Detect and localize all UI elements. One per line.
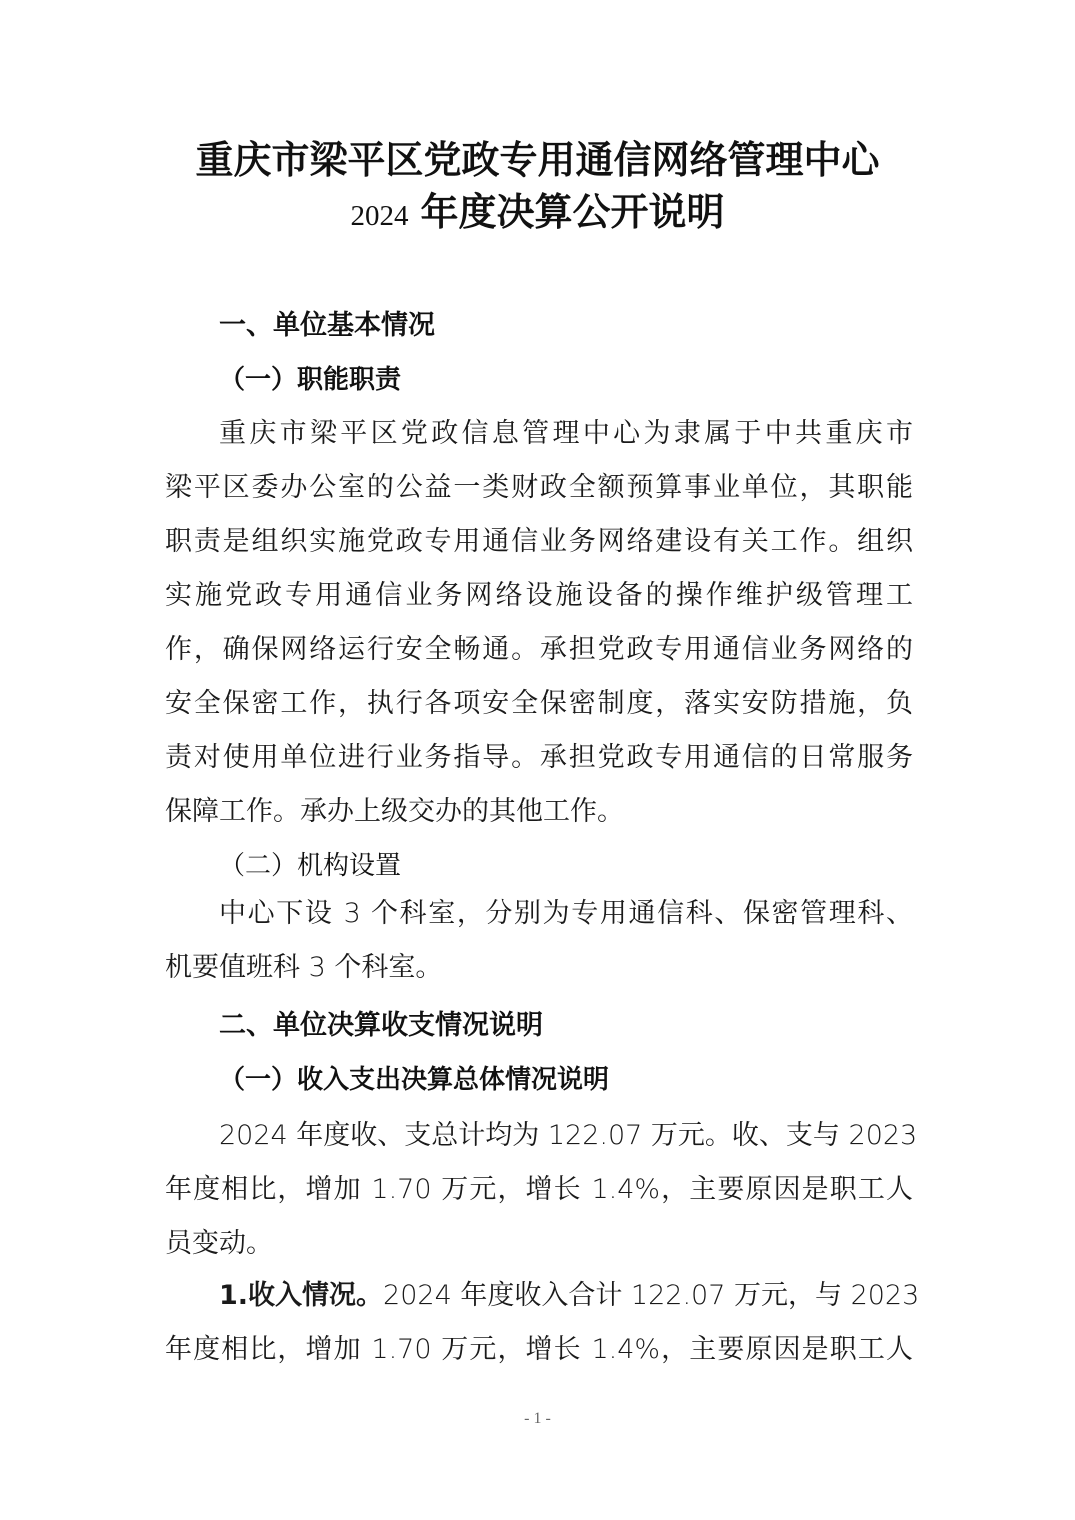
paragraph-line: 机要值班科 3 个科室。 <box>165 950 913 986</box>
paragraph-line: 实施党政专用通信业务网络设施设备的操作维护级管理工 <box>165 578 913 614</box>
document-title-line2: 2024 年度决算公开说明 <box>0 186 1075 242</box>
subsection-heading-organization: （二）机构设置 <box>219 848 401 884</box>
title-year: 2024 <box>350 200 408 232</box>
page-number: - 1 - <box>0 1410 1075 1428</box>
paragraph-line: 责对使用单位进行业务指导。承担党政专用通信的日常服务 <box>165 740 913 776</box>
paragraph-line: 中心下设 3 个科室，分别为专用通信科、保密管理科、 <box>219 896 913 932</box>
subsection-heading-functions: （一）职能职责 <box>219 362 401 398</box>
paragraph-line: 2024 年度收、支总计均为 122.07 万元。收、支与 2023 <box>219 1118 913 1154</box>
paragraph-line: 员变动。 <box>165 1226 913 1262</box>
paragraph-line: 保障工作。承办上级交办的其他工作。 <box>165 794 913 830</box>
income-label: 1.收入情况。 <box>219 1280 383 1311</box>
title-suffix: 年度决算公开说明 <box>421 189 725 234</box>
paragraph-line: 年度相比，增加 1.70 万元，增长 1.4%，主要原因是职工人 <box>165 1332 913 1368</box>
section-heading-final-accounts: 二、单位决算收支情况说明 <box>219 1008 543 1044</box>
paragraph-line: 安全保密工作，执行各项安全保密制度，落实安防措施，负 <box>165 686 913 722</box>
document-page: 重庆市梁平区党政专用通信网络管理中心 2024 年度决算公开说明 一、单位基本情… <box>0 0 1075 1520</box>
section-heading-basic-info: 一、单位基本情况 <box>219 308 435 344</box>
subsection-heading-overall: （一）收入支出决算总体情况说明 <box>219 1062 609 1098</box>
paragraph-line: 梁平区委办公室的公益一类财政全额预算事业单位，其职能 <box>165 470 913 506</box>
paragraph-line: 年度相比，增加 1.70 万元，增长 1.4%，主要原因是职工人 <box>165 1172 913 1208</box>
income-text: 2024 年度收入合计 122.07 万元，与 2023 <box>383 1280 919 1311</box>
income-paragraph-line: 1.收入情况。2024 年度收入合计 122.07 万元，与 2023 <box>219 1278 913 1314</box>
paragraph-line: 作，确保网络运行安全畅通。承担党政专用通信业务网络的 <box>165 632 913 668</box>
paragraph-line: 职责是组织实施党政专用通信业务网络建设有关工作。组织 <box>165 524 913 560</box>
paragraph-line: 重庆市梁平区党政信息管理中心为隶属于中共重庆市 <box>219 416 913 452</box>
document-title-line1: 重庆市梁平区党政专用通信网络管理中心 <box>0 134 1075 186</box>
